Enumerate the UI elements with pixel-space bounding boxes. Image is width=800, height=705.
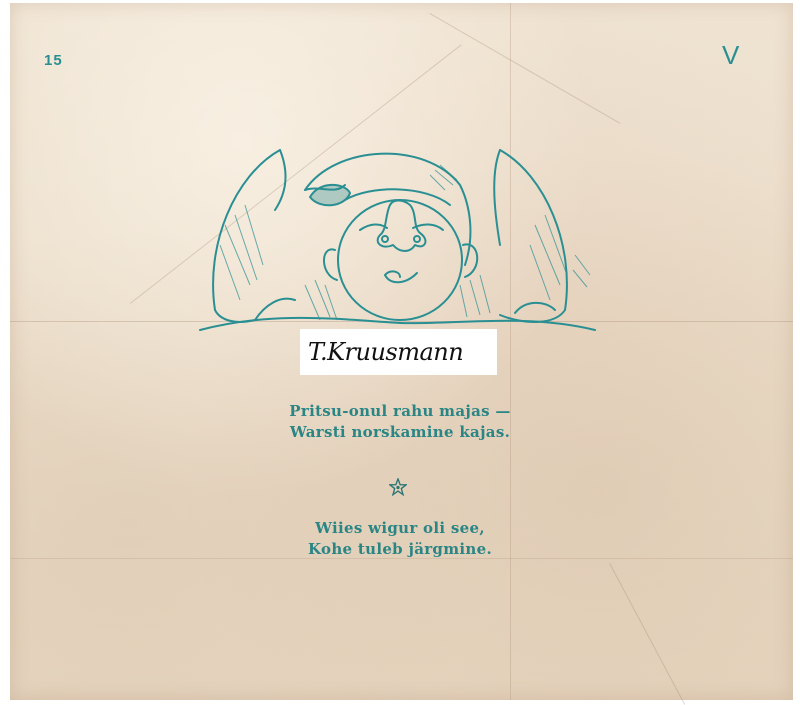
- page-number: 15: [44, 52, 63, 69]
- verse-line: Warsti norskamine kajas.: [0, 422, 800, 443]
- verse-2: Wiies wigur oli see, Kohe tuleb järgmine…: [0, 518, 800, 560]
- signature-text: T.Kruusmann: [308, 338, 463, 366]
- star-icon: [389, 478, 407, 496]
- signature-label: T.Kruusmann: [300, 329, 497, 375]
- sleeping-gnome-illustration: [195, 135, 600, 340]
- verse-1: Pritsu-onul rahu majas — Warsti norskami…: [0, 401, 800, 443]
- verse-line: Wiies wigur oli see,: [0, 518, 800, 539]
- crease-line: [609, 563, 685, 705]
- section-numeral: V: [722, 40, 739, 71]
- verse-line: Kohe tuleb järgmine.: [0, 539, 800, 560]
- crease-line: [430, 13, 621, 124]
- verse-line: Pritsu-onul rahu majas —: [0, 401, 800, 422]
- fold-line: [510, 3, 511, 700]
